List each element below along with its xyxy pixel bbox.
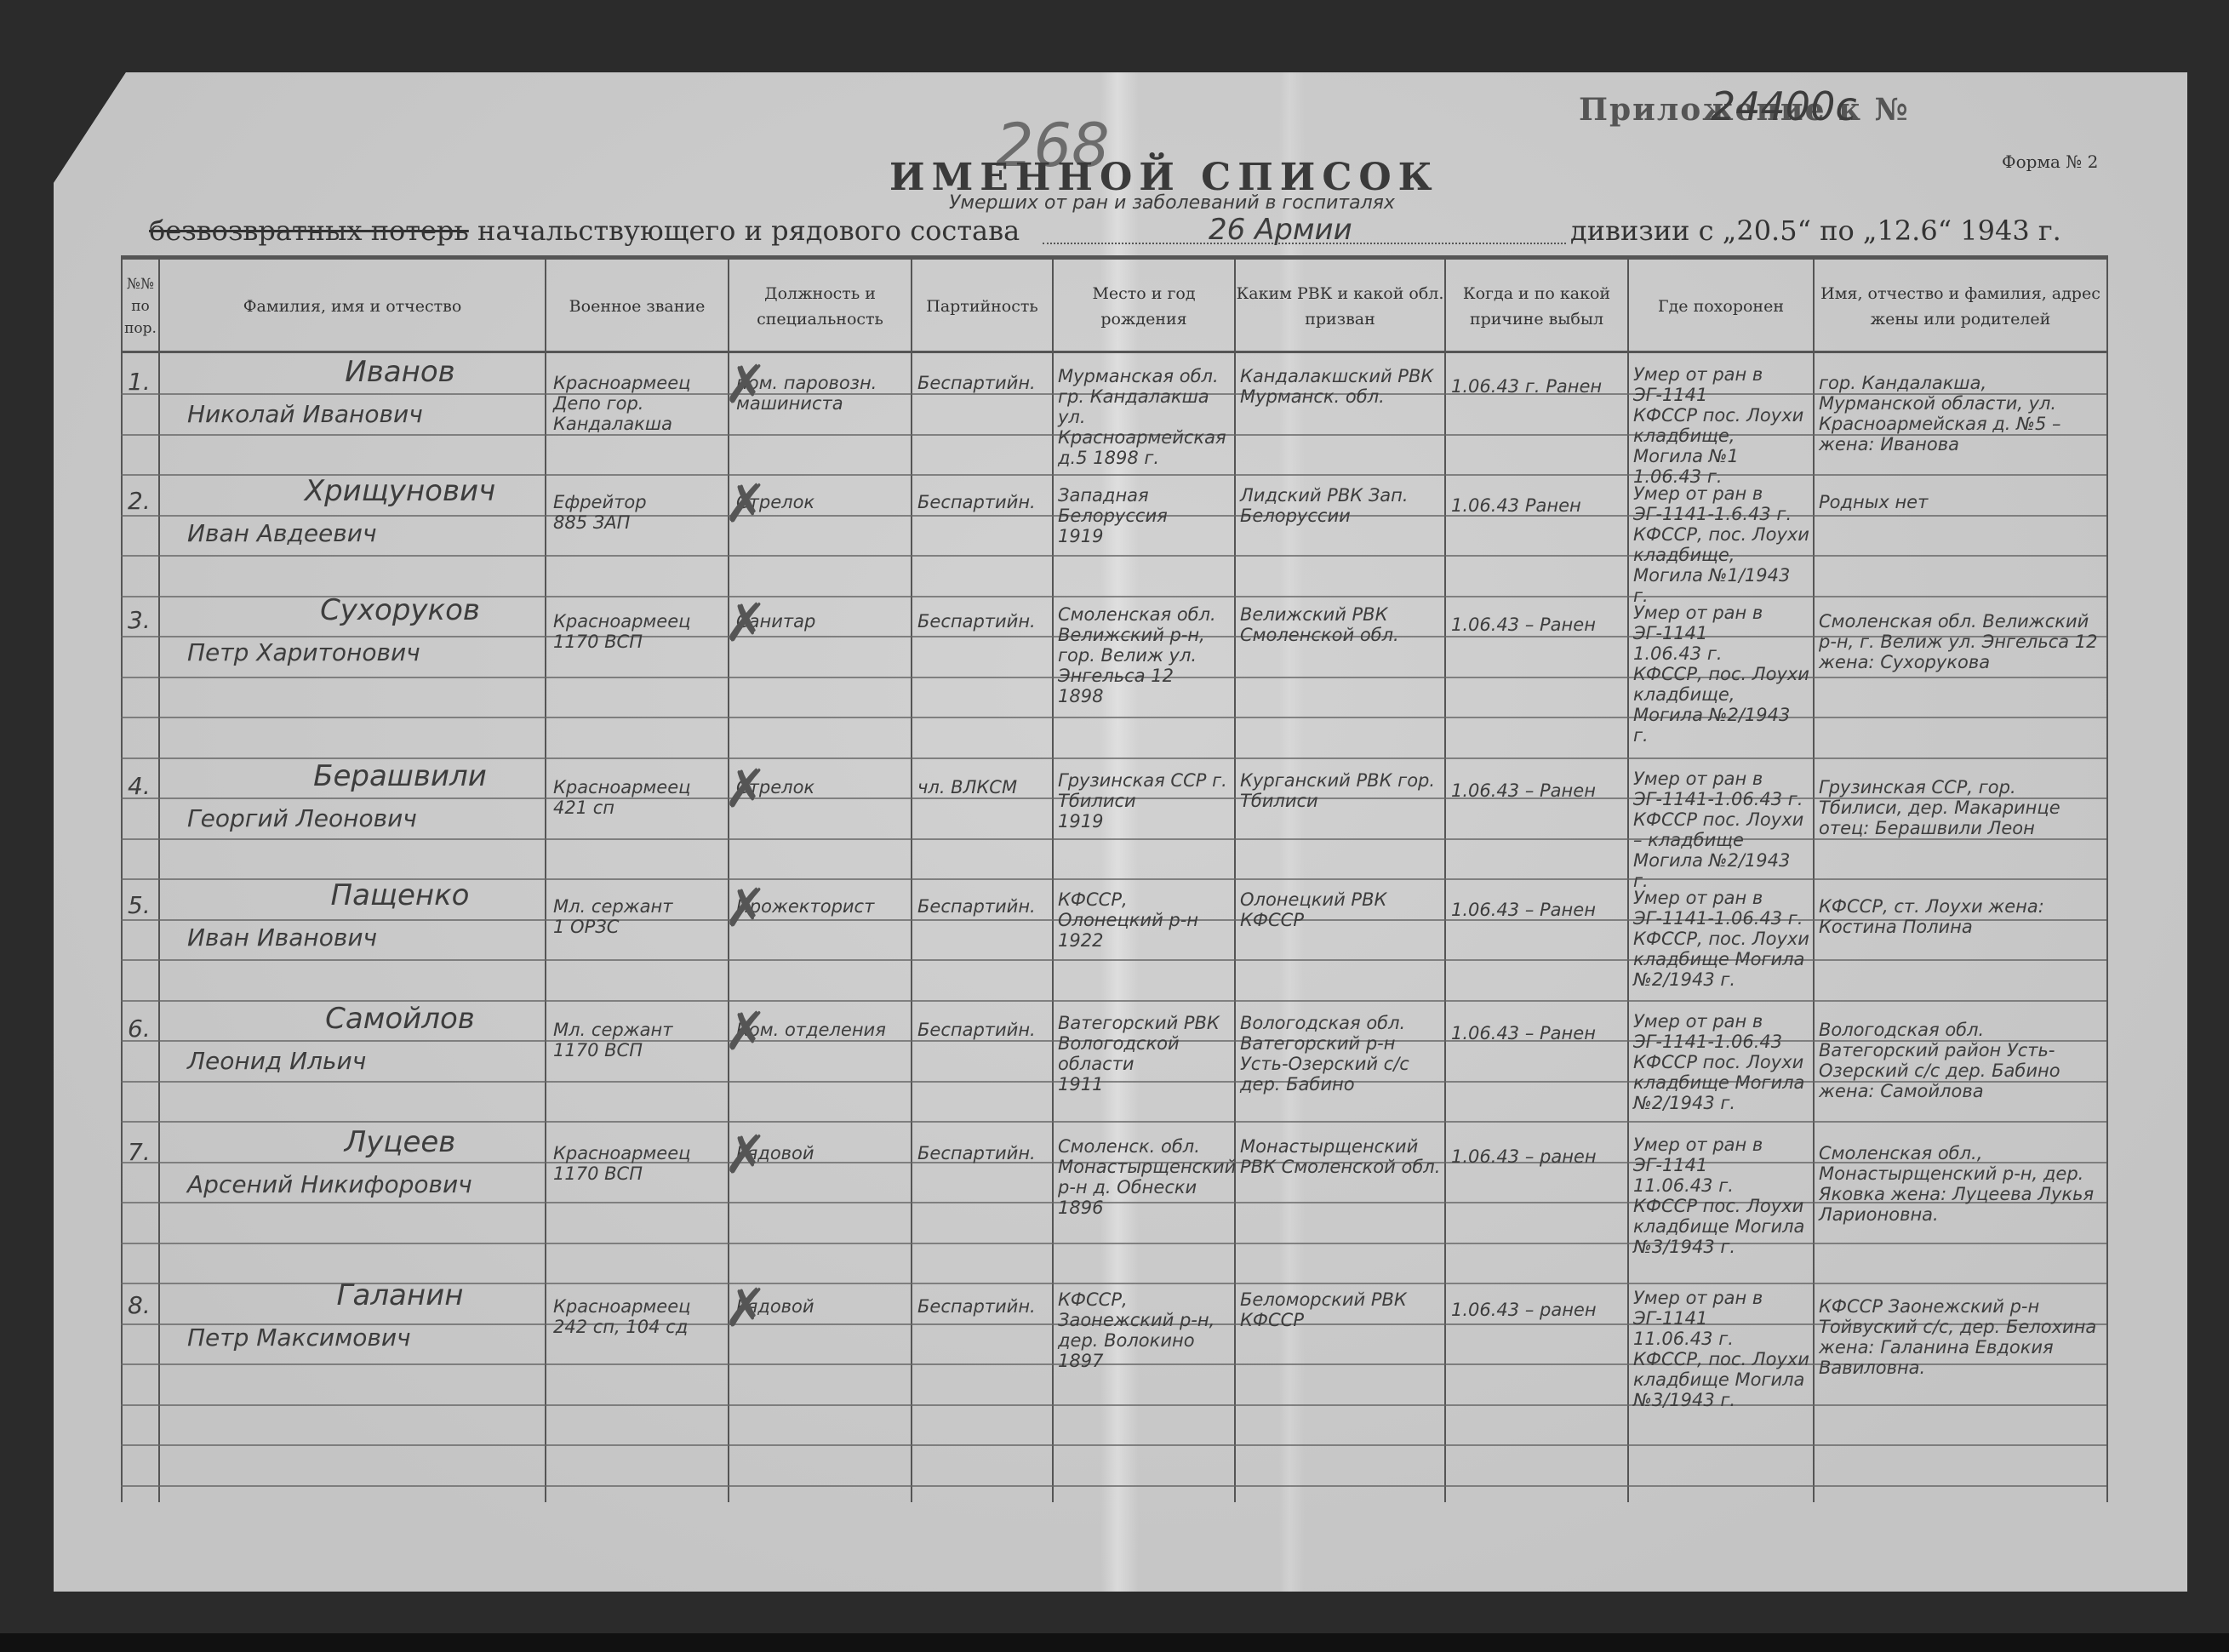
scope-text: начальствующего и рядового состава [477, 214, 1020, 247]
conscription-rvk: Лидский РВК Зап. Белоруссии [1240, 485, 1443, 526]
rank: Ефрейтор 885 ЗАП [553, 492, 723, 533]
header-rvk: Каким РВК и какой обл. призван [1236, 262, 1444, 351]
birth-place-year: Смоленская обл. Велижский р-н, гор. Вели… [1058, 604, 1232, 706]
first-names: Николай Иванович [187, 404, 545, 425]
birth-place-year: КФССР, Олонецкий р-н 1922 [1058, 889, 1232, 951]
relatives-address: Смоленская обл., Монастырщенский р-н, де… [1819, 1143, 2104, 1225]
first-names: Георгий Леонович [187, 809, 545, 829]
column-border [1813, 260, 1815, 1502]
check-mark-icon: ✗ [723, 592, 768, 654]
party: Беспартийн. [917, 896, 1052, 917]
relatives-address: Смоленская обл. Велижский р-н, г. Велиж … [1819, 611, 2104, 672]
header-birth: Место и год рождения [1054, 262, 1234, 351]
ruling-line [121, 1444, 2106, 1446]
column-border [911, 260, 912, 1502]
check-mark-icon: ✗ [723, 1000, 768, 1062]
rank: Красноармеец 242 сп, 104 сд [553, 1296, 723, 1337]
check-mark-icon: ✗ [723, 757, 768, 820]
burial-place: Умер от ран в ЭГ-1141-1.06.43 КФССР пос.… [1633, 1011, 1810, 1113]
conscription-rvk: Олонецкий РВК КФССР [1240, 889, 1443, 930]
rank: Мл. сержант 1170 ВСП [553, 1020, 723, 1060]
when-reason: 1.06.43 – Ранен [1451, 1023, 1626, 1043]
when-reason: 1.06.43 – Ранен [1451, 614, 1626, 635]
last-name: Галанин [264, 1285, 536, 1306]
burial-place: Умер от ран в ЭГ-1141 11.06.43 г. КФССР … [1633, 1135, 1810, 1257]
rank: Мл. сержант 1 ОРЗС [553, 896, 723, 937]
first-names: Иван Иванович [187, 928, 545, 948]
column-border [1627, 260, 1629, 1502]
burial-place: Умер от ран в ЭГ-1141 1.06.43 г. КФССР, … [1633, 603, 1810, 746]
when-reason: 1.06.43 – Ранен [1451, 780, 1626, 801]
column-border [121, 260, 123, 1502]
ruling-line [121, 1485, 2106, 1487]
party: Беспартийн. [917, 1296, 1052, 1317]
relatives-address: гор. Кандалакша, Мурманской области, ул.… [1819, 373, 2104, 454]
division-date-range: дивизии с „20.5“ по „12.6“ 1943 г. [1570, 214, 2061, 247]
header-name: Фамилия, имя и отчество [160, 262, 545, 351]
list-scope-line: безвозвратных потерь начальствующего и р… [149, 214, 1020, 247]
first-names: Петр Максимович [187, 1328, 545, 1348]
last-name: Сухоруков [264, 600, 536, 620]
birth-place-year: Мурманская обл. гр. Кандалакша ул. Красн… [1058, 366, 1232, 468]
birth-place-year: Ватегорский РВК Вологодской области 1911 [1058, 1013, 1232, 1095]
row-number: 2. [128, 487, 158, 515]
first-names: Арсений Никифорович [187, 1175, 545, 1195]
burial-place: Умер от ран в ЭГ-1141-1.06.43 г. КФССР, … [1633, 888, 1810, 990]
burial-place: Умер от ран в ЭГ-1141-1.6.43 г. КФССР, п… [1633, 483, 1810, 606]
header-rank: Военное звание [546, 262, 728, 351]
relatives-address: КФССР Заонежский р-н Тойвуский с/с, дер.… [1819, 1296, 2104, 1378]
party: Беспартийн. [917, 1143, 1052, 1163]
row-number: 3. [128, 606, 158, 634]
rank: Красноармеец 1170 ВСП [553, 611, 723, 652]
birth-place-year: Смоленск. обл. Монастырщенский р-н д. Об… [1058, 1136, 1232, 1218]
header-number: №№ по пор. [123, 262, 158, 351]
party: Беспартийн. [917, 373, 1052, 393]
when-reason: 1.06.43 – ранен [1451, 1300, 1626, 1320]
last-name: Берашвили [264, 766, 536, 786]
rank: Красноармеец Депо гор. Кандалакша [553, 373, 723, 434]
relatives-address: Вологодская обл. Ватегорский район Усть-… [1819, 1020, 2104, 1101]
check-mark-icon: ✗ [723, 1123, 768, 1186]
birth-place-year: КФССР, Заонежский р-н, дер. Волокино 189… [1058, 1289, 1232, 1371]
column-border [158, 260, 160, 1502]
conscription-rvk: Беломорский РВК КФССР [1240, 1289, 1443, 1330]
row-number: 7. [128, 1138, 158, 1166]
column-border [1234, 260, 1236, 1502]
ruling-line [121, 1121, 2106, 1123]
party: Беспартийн. [917, 611, 1052, 632]
last-name: Хрищунович [264, 481, 536, 501]
when-reason: 1.06.43 – Ранен [1451, 900, 1626, 920]
relatives-address: КФССР, ст. Лоухи жена: Костина Полина [1819, 896, 2104, 937]
when-reason: 1.06.43 – ранен [1451, 1146, 1626, 1167]
row-number: 4. [128, 772, 158, 800]
check-mark-icon: ✗ [723, 877, 768, 939]
rank: Красноармеец 1170 ВСП [553, 1143, 723, 1184]
birth-place-year: Грузинская ССР г. Тбилиси 1919 [1058, 770, 1232, 832]
row-number: 8. [128, 1291, 158, 1319]
last-name: Иванов [264, 362, 536, 382]
party: Беспартийн. [917, 492, 1052, 512]
birth-place-year: Западная Белоруссия 1919 [1058, 485, 1232, 546]
appendix-number: 24400с [1711, 83, 1857, 129]
scan-border [0, 1633, 2229, 1652]
last-name: Пащенко [264, 885, 536, 906]
relatives-address: Грузинская ССР, гор. Тбилиси, дер. Макар… [1819, 777, 2104, 838]
row-number: 1. [128, 368, 158, 396]
when-reason: 1.06.43 Ранен [1451, 495, 1626, 516]
burial-place: Умер от ран в ЭГ-1141 КФССР пос. Лоухи к… [1633, 364, 1810, 487]
last-name: Самойлов [264, 1009, 536, 1029]
burial-place: Умер от ран в ЭГ-1141-1.06.43 г. КФССР п… [1633, 769, 1810, 891]
handwritten-subtitle: Умерших от ран и заболеваний в госпиталя… [949, 192, 1395, 214]
relatives-address: Родных нет [1819, 492, 2104, 512]
header-relatives: Имя, отчество и фамилия, адрес жены или … [1815, 262, 2106, 351]
column-border [1444, 260, 1446, 1502]
row-number: 6. [128, 1015, 158, 1043]
when-reason: 1.06.43 г. Ранен [1451, 376, 1626, 397]
column-border [1052, 260, 1054, 1502]
check-mark-icon: ✗ [723, 1277, 768, 1339]
struck-text: безвозвратных потерь [149, 214, 469, 247]
header-when: Когда и по какой причине выбыл [1446, 262, 1627, 351]
first-names: Леонид Ильич [187, 1051, 545, 1072]
conscription-rvk: Монастырщенский РВК Смоленской обл. [1240, 1136, 1443, 1177]
check-mark-icon: ✗ [723, 353, 768, 415]
header-buried: Где похоронен [1629, 262, 1813, 351]
conscription-rvk: Велижский РВК Смоленской обл. [1240, 604, 1443, 645]
conscription-rvk: Вологодская обл. Ватегорский р-н Усть-Оз… [1240, 1013, 1443, 1095]
first-names: Петр Харитонович [187, 643, 545, 663]
form-number: Форма № 2 [2002, 151, 2098, 172]
column-border [545, 260, 546, 1502]
party: Беспартийн. [917, 1020, 1052, 1040]
burial-place: Умер от ран в ЭГ-1141 11.06.43 г. КФССР,… [1633, 1288, 1810, 1410]
header-position: Должность и специальность [729, 262, 911, 351]
first-names: Иван Авдеевич [187, 523, 545, 544]
rank: Красноармеец 421 сп [553, 777, 723, 818]
conscription-rvk: Курганский РВК гор. Тбилиси [1240, 770, 1443, 811]
header-party: Партийность [912, 262, 1052, 351]
table-header-rule [121, 351, 2108, 353]
conscription-rvk: Кандалакшский РВК Мурманск. обл. [1240, 366, 1443, 407]
army-field: 26 Армии [1209, 213, 1352, 247]
row-number: 5. [128, 891, 158, 919]
party: чл. ВЛКСМ [917, 777, 1052, 797]
column-border [2106, 260, 2108, 1502]
check-mark-icon: ✗ [723, 472, 768, 534]
table-top-rule [121, 255, 2108, 260]
last-name: Луцеев [264, 1132, 536, 1152]
